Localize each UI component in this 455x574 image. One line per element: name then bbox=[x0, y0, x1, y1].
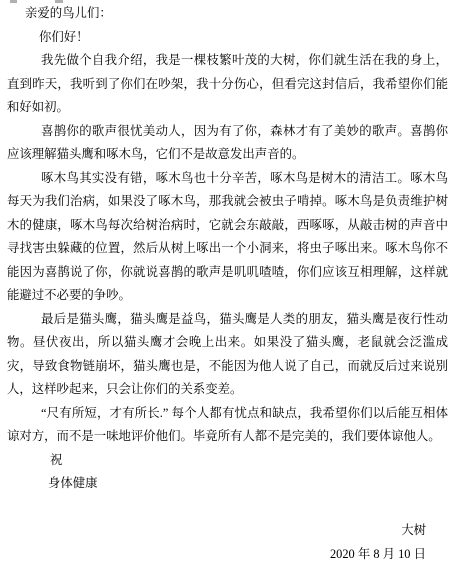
letter-signature: 大树 bbox=[7, 519, 448, 543]
letter-date: 2020 年 8 月 10 日 bbox=[7, 543, 448, 567]
letter-paragraph-woodpecker: 啄木鸟其实没有错，啄木鸟也十分辛苦，啄木鸟是树木的清洁工。啄木鸟每天为我们治病，… bbox=[7, 167, 448, 308]
letter-paragraph-intro: 我先做个自我介绍，我是一棵枝繁叶茂的大树，你们就生活在我的身上，直到昨天，我听到… bbox=[7, 49, 448, 120]
letter-paragraph-magpie: 喜鹊你的歌声很忧美动人，因为有了你，森林才有了美妙的歌声。喜鹊你应该理解猫头鹰和… bbox=[7, 120, 448, 167]
letter-salutation: 亲爱的鸟儿们： bbox=[7, 2, 448, 26]
letter-paragraph-conclusion: “尺有所短，才有所长.” 每个人都有忧点和缺点，我希望你们以后能互相体谅对方，而… bbox=[7, 402, 448, 449]
letter-closing-prefix: 祝 bbox=[7, 449, 448, 473]
letter-page: 亲爱的鸟儿们： 你们好！ 我先做个自我介绍，我是一棵枝繁叶茂的大树，你们就生活在… bbox=[0, 0, 455, 574]
letter-greeting: 你们好！ bbox=[7, 26, 448, 50]
letter-closing-wish: 身体健康 bbox=[7, 472, 448, 496]
letter-body: 亲爱的鸟儿们： 你们好！ 我先做个自我介绍，我是一棵枝繁叶茂的大树，你们就生活在… bbox=[7, 2, 448, 566]
letter-paragraph-owl: 最后是猫头鹰，猫头鹰是益鸟，猫头鹰是人类的朋友，猫头鹰是夜行性动物。昼伏夜出，所… bbox=[7, 308, 448, 402]
